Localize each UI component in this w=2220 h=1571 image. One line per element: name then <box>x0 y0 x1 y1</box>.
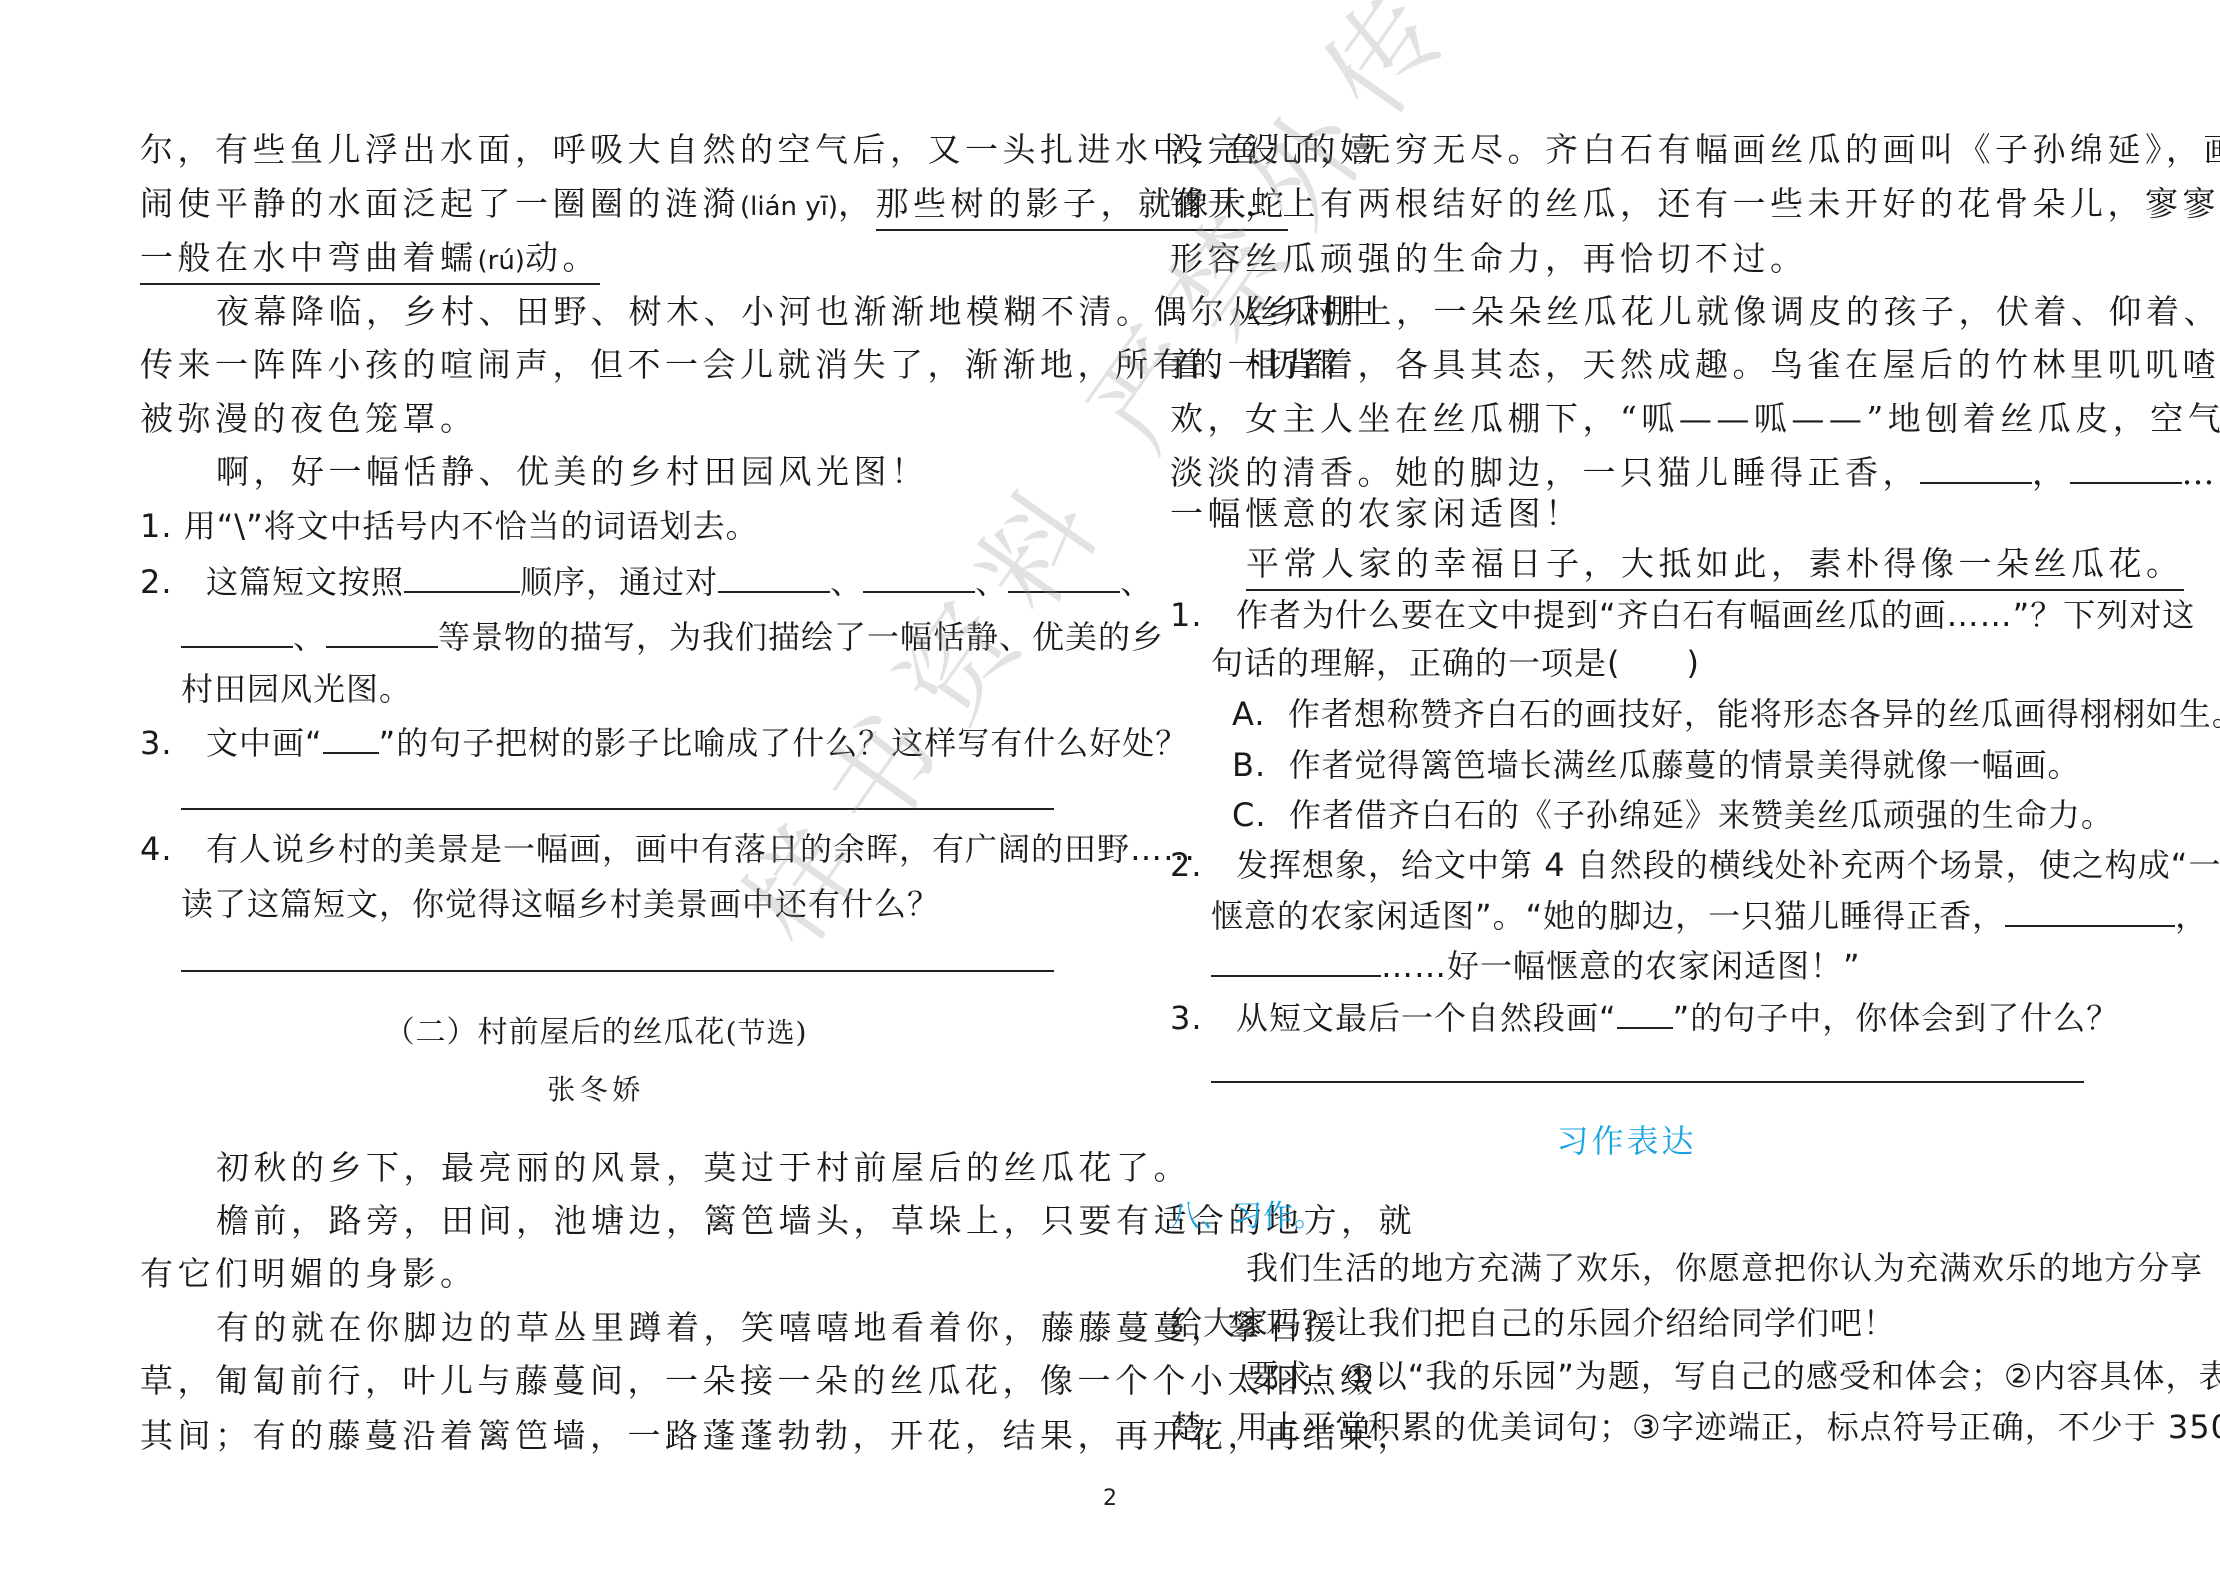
underlined-sentence: 一般在水中弯曲着蠕(rú)动。 <box>140 238 600 285</box>
answer-line[interactable] <box>1211 1081 2084 1083</box>
fill-blank[interactable] <box>1920 452 2032 484</box>
underline-sample <box>323 722 379 754</box>
passage-line: 初秋的乡下，最亮丽的风景，莫过于村前屋后的丝瓜花了。 <box>140 1148 1191 1188</box>
separator: ， <box>2175 897 2208 935</box>
text: 闹使平静的水面泛起了一圈圈的涟漪 <box>140 184 740 223</box>
fill-blank[interactable] <box>718 561 830 593</box>
question-2-cont: ……好一幅惬意的农家闲适图！” <box>1170 945 1861 986</box>
passage-line: 铺开，上有两根结好的丝瓜，还有一些未开好的花骨朵儿，寥寥数笔，用来 <box>1170 184 2220 224</box>
answer-line[interactable] <box>181 808 1054 810</box>
passage-line: 一般在水中弯曲着蠕(rú)动。 <box>140 238 600 281</box>
text: 顺序，通过对 <box>520 563 718 601</box>
text: 动。 <box>525 238 600 277</box>
fill-blank[interactable] <box>2005 895 2175 927</box>
pinyin: (rú) <box>478 246 525 276</box>
passage-line: 形容丝瓜顽强的生命力，再恰切不过。 <box>1170 239 1808 279</box>
passage-author: 张冬娇 <box>140 1070 1052 1110</box>
text: ”的句子中，你体会到了什么？ <box>1673 999 2120 1037</box>
passage-line: 欢，女主人坐在丝瓜棚下，“呱——呱——”地刨着丝瓜皮，空气里弥漫着 <box>1170 399 2220 439</box>
question-number: 1. <box>1170 596 1203 634</box>
question-number: 3. <box>140 724 173 762</box>
question-1: 1. 作者为什么要在文中提到“齐白石有幅画丝瓜的画……”？下列对这 <box>1170 595 2195 635</box>
option-key: A. <box>1232 695 1266 733</box>
question-3: 3. 从短文最后一个自然段画“”的句子中，你体会到了什么？ <box>1170 997 2119 1038</box>
question-number: 2. <box>1170 846 1203 884</box>
text: 发挥想象，给文中第 4 自然段的横线处补充两个场景，使之构成“一幅 <box>1236 846 2220 884</box>
writing-heading: 八、习作。 <box>1170 1197 1325 1237</box>
fill-blank[interactable] <box>863 561 975 593</box>
text: 这篇短文按照 <box>206 563 404 601</box>
question-number: 3. <box>1170 999 1203 1037</box>
passage-line: 丝瓜棚上，一朵朵丝瓜花儿就像调皮的孩子，伏着、仰着、蹲着、顾盼 <box>1170 292 2220 332</box>
title-text: （二）村前屋后的丝瓜花 <box>385 1015 726 1050</box>
passage-line: 啊，好一幅恬静、优美的乡村田园风光图！ <box>140 452 929 492</box>
text: 等景物的描写，为我们描绘了一幅恬静、优美的乡 <box>438 618 1164 656</box>
passage-line: 有它们明媚的身影。 <box>140 1254 478 1294</box>
fill-blank[interactable] <box>1211 945 1381 977</box>
writing-prompt-line: 我们生活的地方充满了欢乐，你愿意把你认为充满欢乐的地方分享 <box>1170 1248 2203 1288</box>
passage-line: 闹使平静的水面泛起了一圈圈的涟漪(lián yī)，那些树的影子，就像大蛇 <box>140 184 1288 227</box>
option-b[interactable]: B. 作者觉得篱笆墙长满丝瓜藤蔓的情景美得就像一幅画。 <box>1170 745 2080 785</box>
passage-line: 有的就在你脚边的草丛里蹲着，笑嘻嘻地看着你，藤藤蔓蔓，攀石援 <box>140 1308 1341 1348</box>
question-4-cont: 读了这篇短文，你觉得这幅乡村美景画中还有什么？ <box>140 884 940 924</box>
passage-title: （二）村前屋后的丝瓜花(节选) <box>140 1013 1052 1053</box>
option-c[interactable]: C. 作者借齐白石的《子孙绵延》来赞美丝瓜顽强的生命力。 <box>1170 795 2114 835</box>
section-title: 习作表达 <box>1170 1121 2083 1161</box>
separator: 、 <box>975 563 1008 601</box>
separator: 、 <box>830 563 863 601</box>
question-2-cont: 、等景物的描写，为我们描绘了一幅恬静、优美的乡 <box>140 616 1164 657</box>
question-number: 2. <box>140 563 173 601</box>
fill-blank[interactable] <box>2070 452 2182 484</box>
option-text: 作者借齐白石的《子孙绵延》来赞美丝瓜顽强的生命力。 <box>1289 796 2114 834</box>
writing-requirement-line: 楚，用上平常积累的优美词句；③字迹端正，标点符号正确，不少于 350 字。 <box>1170 1407 2220 1447</box>
question-2: 2. 发挥想象，给文中第 4 自然段的横线处补充两个场景，使之构成“一幅 <box>1170 845 2220 885</box>
text: 淡淡的清香。她的脚边，一只猫儿睡得正香， <box>1170 453 1920 492</box>
fill-blank[interactable] <box>1008 561 1120 593</box>
passage-line: 一幅惬意的农家闲适图！ <box>1170 494 1583 534</box>
text: 从短文最后一个自然段画“ <box>1236 999 1617 1037</box>
separator: ， <box>2032 453 2070 492</box>
text: ……好一幅惬意的农家闲适图！” <box>1381 947 1861 985</box>
option-text: 作者觉得篱笆墙长满丝瓜藤蔓的情景美得就像一幅画。 <box>1288 746 2080 784</box>
question-number: 4. <box>140 830 173 868</box>
question-2: 2. 这篇短文按照顺序，通过对、、、 <box>140 561 1153 602</box>
text: 惬意的农家闲适图”。“她的脚边，一只猫儿睡得正香， <box>1211 897 2005 935</box>
worksheet-page: 尔，有些鱼儿浮出水面，呼吸大自然的空气后，又一头扎进水中，鱼儿的嬉 闹使平静的水… <box>0 0 2220 1571</box>
text: 文中画“ <box>206 724 323 762</box>
text: 一般在水中弯曲着蠕 <box>140 238 478 277</box>
text: 作者为什么要在文中提到“齐白石有幅画丝瓜的画……”？下列对这 <box>1236 596 2195 634</box>
fill-blank[interactable] <box>326 616 438 648</box>
option-key: C. <box>1232 796 1267 834</box>
question-1-cont: 句话的理解，正确的一项是( ) <box>1170 643 1700 683</box>
underlined-sentence: 平常人家的幸福日子，大抵如此，素朴得像一朵丝瓜花。 <box>1246 544 2184 591</box>
passage-line: 被弥漫的夜色笼罩。 <box>140 399 478 439</box>
text: ， <box>838 184 876 223</box>
separator: 、 <box>293 618 326 656</box>
text: 有人说乡村的美景是一幅画，画中有落日的余晖，有广阔的田野…… <box>206 830 1196 868</box>
passage-line: 着、相背着，各具其态，天然成趣。鸟雀在屋后的竹林里叽叽喳喳闹得很 <box>1170 345 2220 385</box>
question-2-cont: 村田园风光图。 <box>140 669 412 709</box>
underline-sample <box>1617 997 1673 1029</box>
passage-line: 传来一阵阵小孩的喧闹声，但不一会儿就消失了，渐渐地，所有的一切都 <box>140 345 1340 385</box>
writing-requirement-line: 要求：①以“我的乐园”为题，写自己的感受和体会；②内容具体，表达清 <box>1170 1356 2220 1396</box>
option-a[interactable]: A. 作者想称赞齐白石的画技好，能将形态各异的丝瓜画得栩栩如生。 <box>1170 694 2220 734</box>
option-text: 作者想称赞齐白石的画技好，能将形态各异的丝瓜画得栩栩如生。 <box>1288 695 2220 733</box>
answer-line[interactable] <box>181 970 1054 972</box>
question-4: 4. 有人说乡村的美景是一幅画，画中有落日的余晖，有广阔的田野…… <box>140 829 1196 869</box>
fill-blank[interactable] <box>404 561 520 593</box>
page-number: 2 <box>1103 1486 1117 1511</box>
question-3: 3. 文中画“”的句子把树的影子比喻成了什么？这样写有什么好处？ <box>140 722 1188 763</box>
fill-blank[interactable] <box>181 616 293 648</box>
option-key: B. <box>1232 746 1266 784</box>
question-2-cont: 惬意的农家闲适图”。“她的脚边，一只猫儿睡得正香，， <box>1170 895 2208 936</box>
separator: 、 <box>1120 563 1153 601</box>
writing-prompt-line: 给大家吗？让我们把自己的乐园介绍给同学们吧！ <box>1170 1303 1896 1343</box>
passage-line: 淡淡的清香。她的脚边，一只猫儿睡得正香，，……好 <box>1170 452 2220 493</box>
text: ……好 <box>2182 453 2220 492</box>
text: ”的句子把树的影子比喻成了什么？这样写有什么好处？ <box>379 724 1189 762</box>
passage-line: 平常人家的幸福日子，大抵如此，素朴得像一朵丝瓜花。 <box>1170 544 2184 584</box>
pinyin: (lián yī) <box>740 192 838 222</box>
title-note: (节选) <box>726 1016 808 1049</box>
passage-line: 没完没了，无穷无尽。齐白石有幅画丝瓜的画叫《子孙绵延》，画面上黑墨 <box>1170 130 2220 170</box>
question-1: 1. 用“\”将文中括号内不恰当的词语划去。 <box>140 506 759 546</box>
